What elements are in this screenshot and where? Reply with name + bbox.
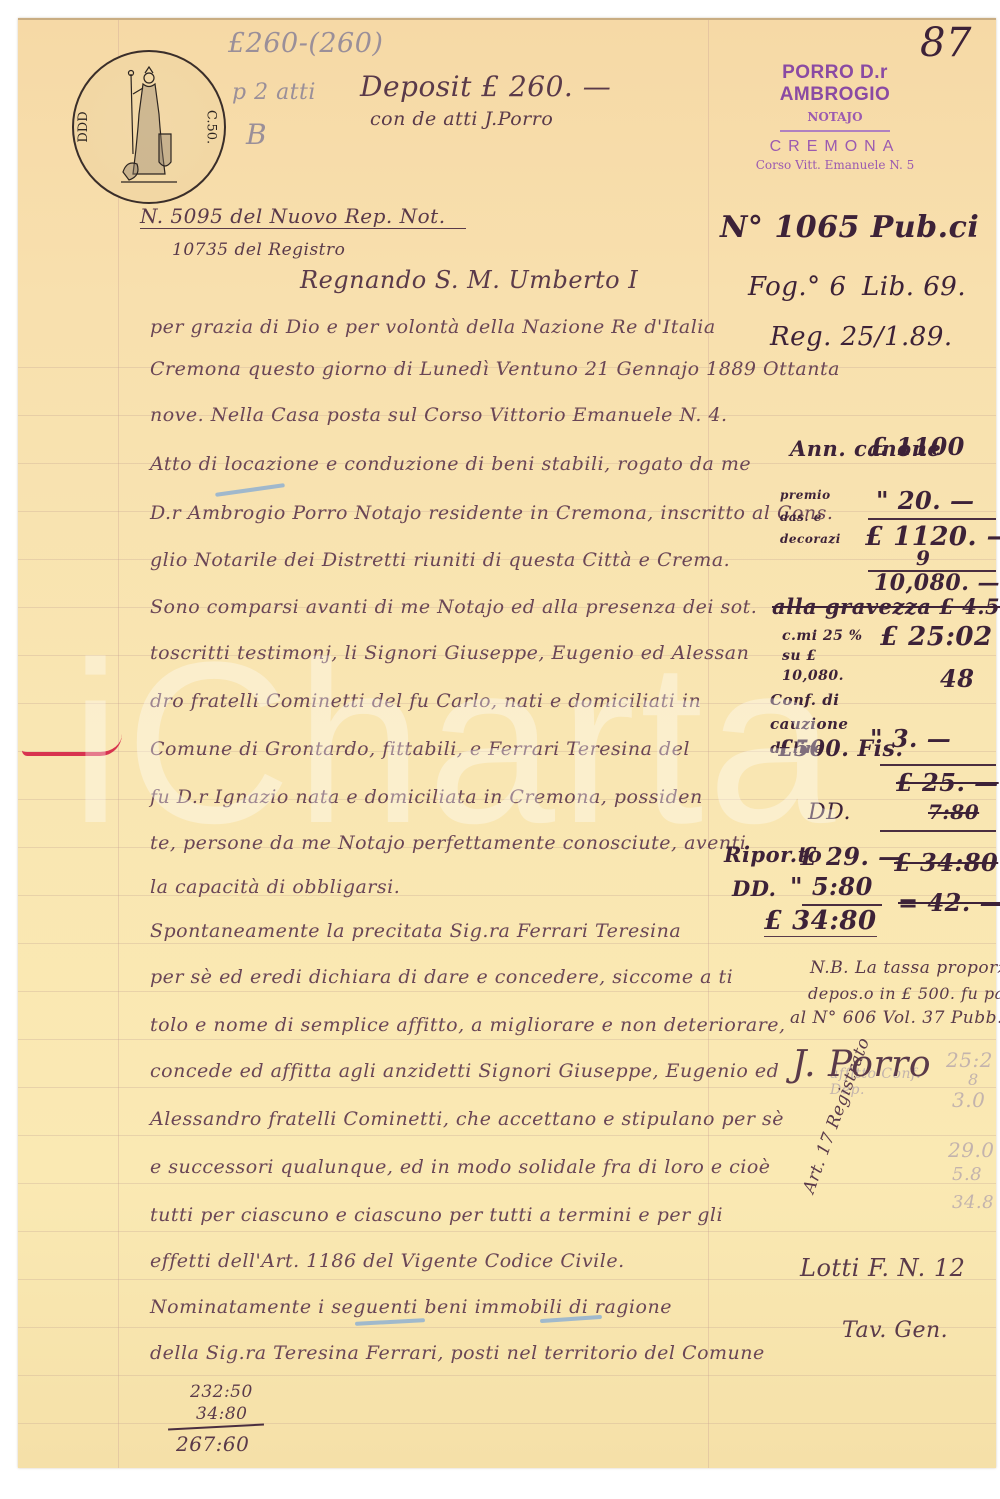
annual-rent-value: £ 1100 [870,432,965,461]
pencil-calc-1c: 3.0 [952,1088,985,1112]
body-line-12: te, persone da me Notajo perfettamente c… [150,832,746,854]
body-line-15: per sè ed eredi dichiara di dare e conce… [150,966,733,988]
margin-line-right [708,20,709,1468]
total-value: £ 34:80 [764,906,877,937]
pencil-note: p 2 atti [232,80,316,105]
body-line-14: Spontaneamente la precitata Sig.ra Ferra… [150,920,681,942]
conf-value: " 3. — [870,724,951,753]
sum-rule-3 [880,764,996,766]
body-line-3: nove. Nella Casa posta sul Corso Vittori… [150,404,728,426]
bottom-sum-a: 232:50 [190,1382,253,1402]
riport-value: £ 29. — [800,842,903,871]
product-value: 10,080. — [874,570,1000,596]
body-line-7: Sono comparsi avanti di me Notajo ed all… [150,596,757,618]
registry-reference: Reg. 25/1.89. [770,322,953,352]
stamp-divider [780,130,890,132]
dd2-label: DD. [732,876,776,901]
reign-heading: Regnando S. M. Umberto I [300,266,638,294]
notary-name: PORRO D.r AMBROGIO [740,62,930,106]
nb-note-line-2: depos.o in £ 500. fu pag. [808,984,1000,1003]
body-line-1: per grazia di Dio e per volontà della Na… [150,316,716,338]
body-line-19: e successori qualunque, ed in modo solid… [150,1156,771,1178]
body-line-10: Comune di Grontardo, fittabili, e Ferrar… [150,738,690,760]
body-line-13: la capacità di obbligarsi. [150,876,400,898]
book-number: Lib. 69. [862,272,966,302]
sum-rule-1 [868,518,996,520]
deposit-subline: con de atti J.Porro [370,108,553,130]
body-line-9: dro fratelli Cominetti del fu Carlo, nat… [150,690,701,712]
pencil-calc-2b: 5.8 [952,1164,982,1185]
pencil-amount: £260-(260) [228,28,383,59]
register-number: 10735 del Registro [172,240,345,260]
pencil-initial: B [246,118,267,151]
notary-address: Corso Vitt. Emanuele N. 5 [740,158,930,172]
multiplier-value: 9 [916,546,930,570]
sum-rule-4 [880,830,996,832]
struck-equals: = 42. — [898,888,1000,917]
dd2-value: " 5:80 [790,872,873,901]
body-line-4: Atto di locazione e conduzione di beni s… [150,453,751,475]
bottom-sum-b: 34:80 [196,1404,248,1424]
body-line-5: D.r Ambrogio Porro Notajo residente in C… [150,502,833,524]
tax-value: £ 25:02 [880,622,993,652]
struck-total-2: £ 34:80 [894,848,998,877]
body-line-20: tutti per ciascuno e ciascuno per tutti … [150,1204,723,1226]
premium-label: premio das. e decorazi [780,484,860,550]
body-line-23: della Sig.ra Teresina Ferrari, posti nel… [150,1342,765,1364]
subtotal-value: £ 1120. — [865,522,1000,552]
notary-stamp: PORRO D.r AMBROGIO NOTAJO CREMONA Corso … [740,62,930,172]
deposit-line: Deposit £ 260. — [360,70,611,103]
seal-right-text: C.50. [203,110,218,144]
revenue-stamp-seal: DDD C.50. [72,50,226,204]
body-line-2: Cremona questo giorno di Lunedì Ventuno … [150,358,840,380]
dd-struck-value: 7:80 [928,800,979,824]
italia-figure-icon [119,64,179,189]
pencil-calc-2a: 29.0 [948,1138,995,1162]
body-line-6: glio Notarile dei Distretti riuniti di q… [150,549,730,571]
body-line-16: tolo e nome di semplice affitto, a migli… [150,1014,786,1036]
folio-number: Fog.° 6 [748,272,847,302]
premium-value: " 20. — [876,486,974,515]
pencil-calc-2c: 34.8 [952,1192,994,1213]
struck-total: £ 25. — [896,768,999,797]
red-thread-mark [22,734,122,756]
pencil-calc-1b: 8 [968,1070,979,1089]
repertory-number: N. 5095 del Nuovo Rep. Not. [140,204,466,229]
body-line-8: toscritti testimonj, li Signori Giuseppe… [150,642,749,664]
nb-note-line-1: N.B. La tassa proporz. del [810,958,1000,978]
notary-city: CREMONA [740,138,930,156]
lotti-reference: Lotti F. N. 12 [800,1254,965,1282]
page-number: 87 [920,20,972,66]
dd-label: DD. [808,800,851,825]
seal-left-text: DDD [76,111,91,142]
notary-role: NOTAJO [740,110,930,124]
body-line-17: concede ed affitta agli anzidetti Signor… [150,1060,779,1082]
bracket-value: 48 [940,664,974,693]
nb-note-line-3: al N° 606 Vol. 37 Pubb.ci [790,1008,1000,1028]
struck-line: alla gravezza £ 4.50 [772,594,1000,619]
body-line-21: effetti dell'Art. 1186 del Vigente Codic… [150,1250,625,1272]
bottom-sum-total: 267:60 [176,1432,249,1456]
publication-number: N° 1065 Pub.ci [720,210,979,245]
body-line-18: Alessandro fratelli Cominetti, che accet… [150,1108,784,1130]
body-line-11: fu D.r Ignazio nata e domiciliata in Cre… [150,786,703,808]
tavole-reference: Tav. Gen. [842,1318,948,1343]
tax-label: c.mi 25 % su £ 10,080. [782,626,882,686]
pencil-calc-1a: 25:2 [946,1048,993,1072]
